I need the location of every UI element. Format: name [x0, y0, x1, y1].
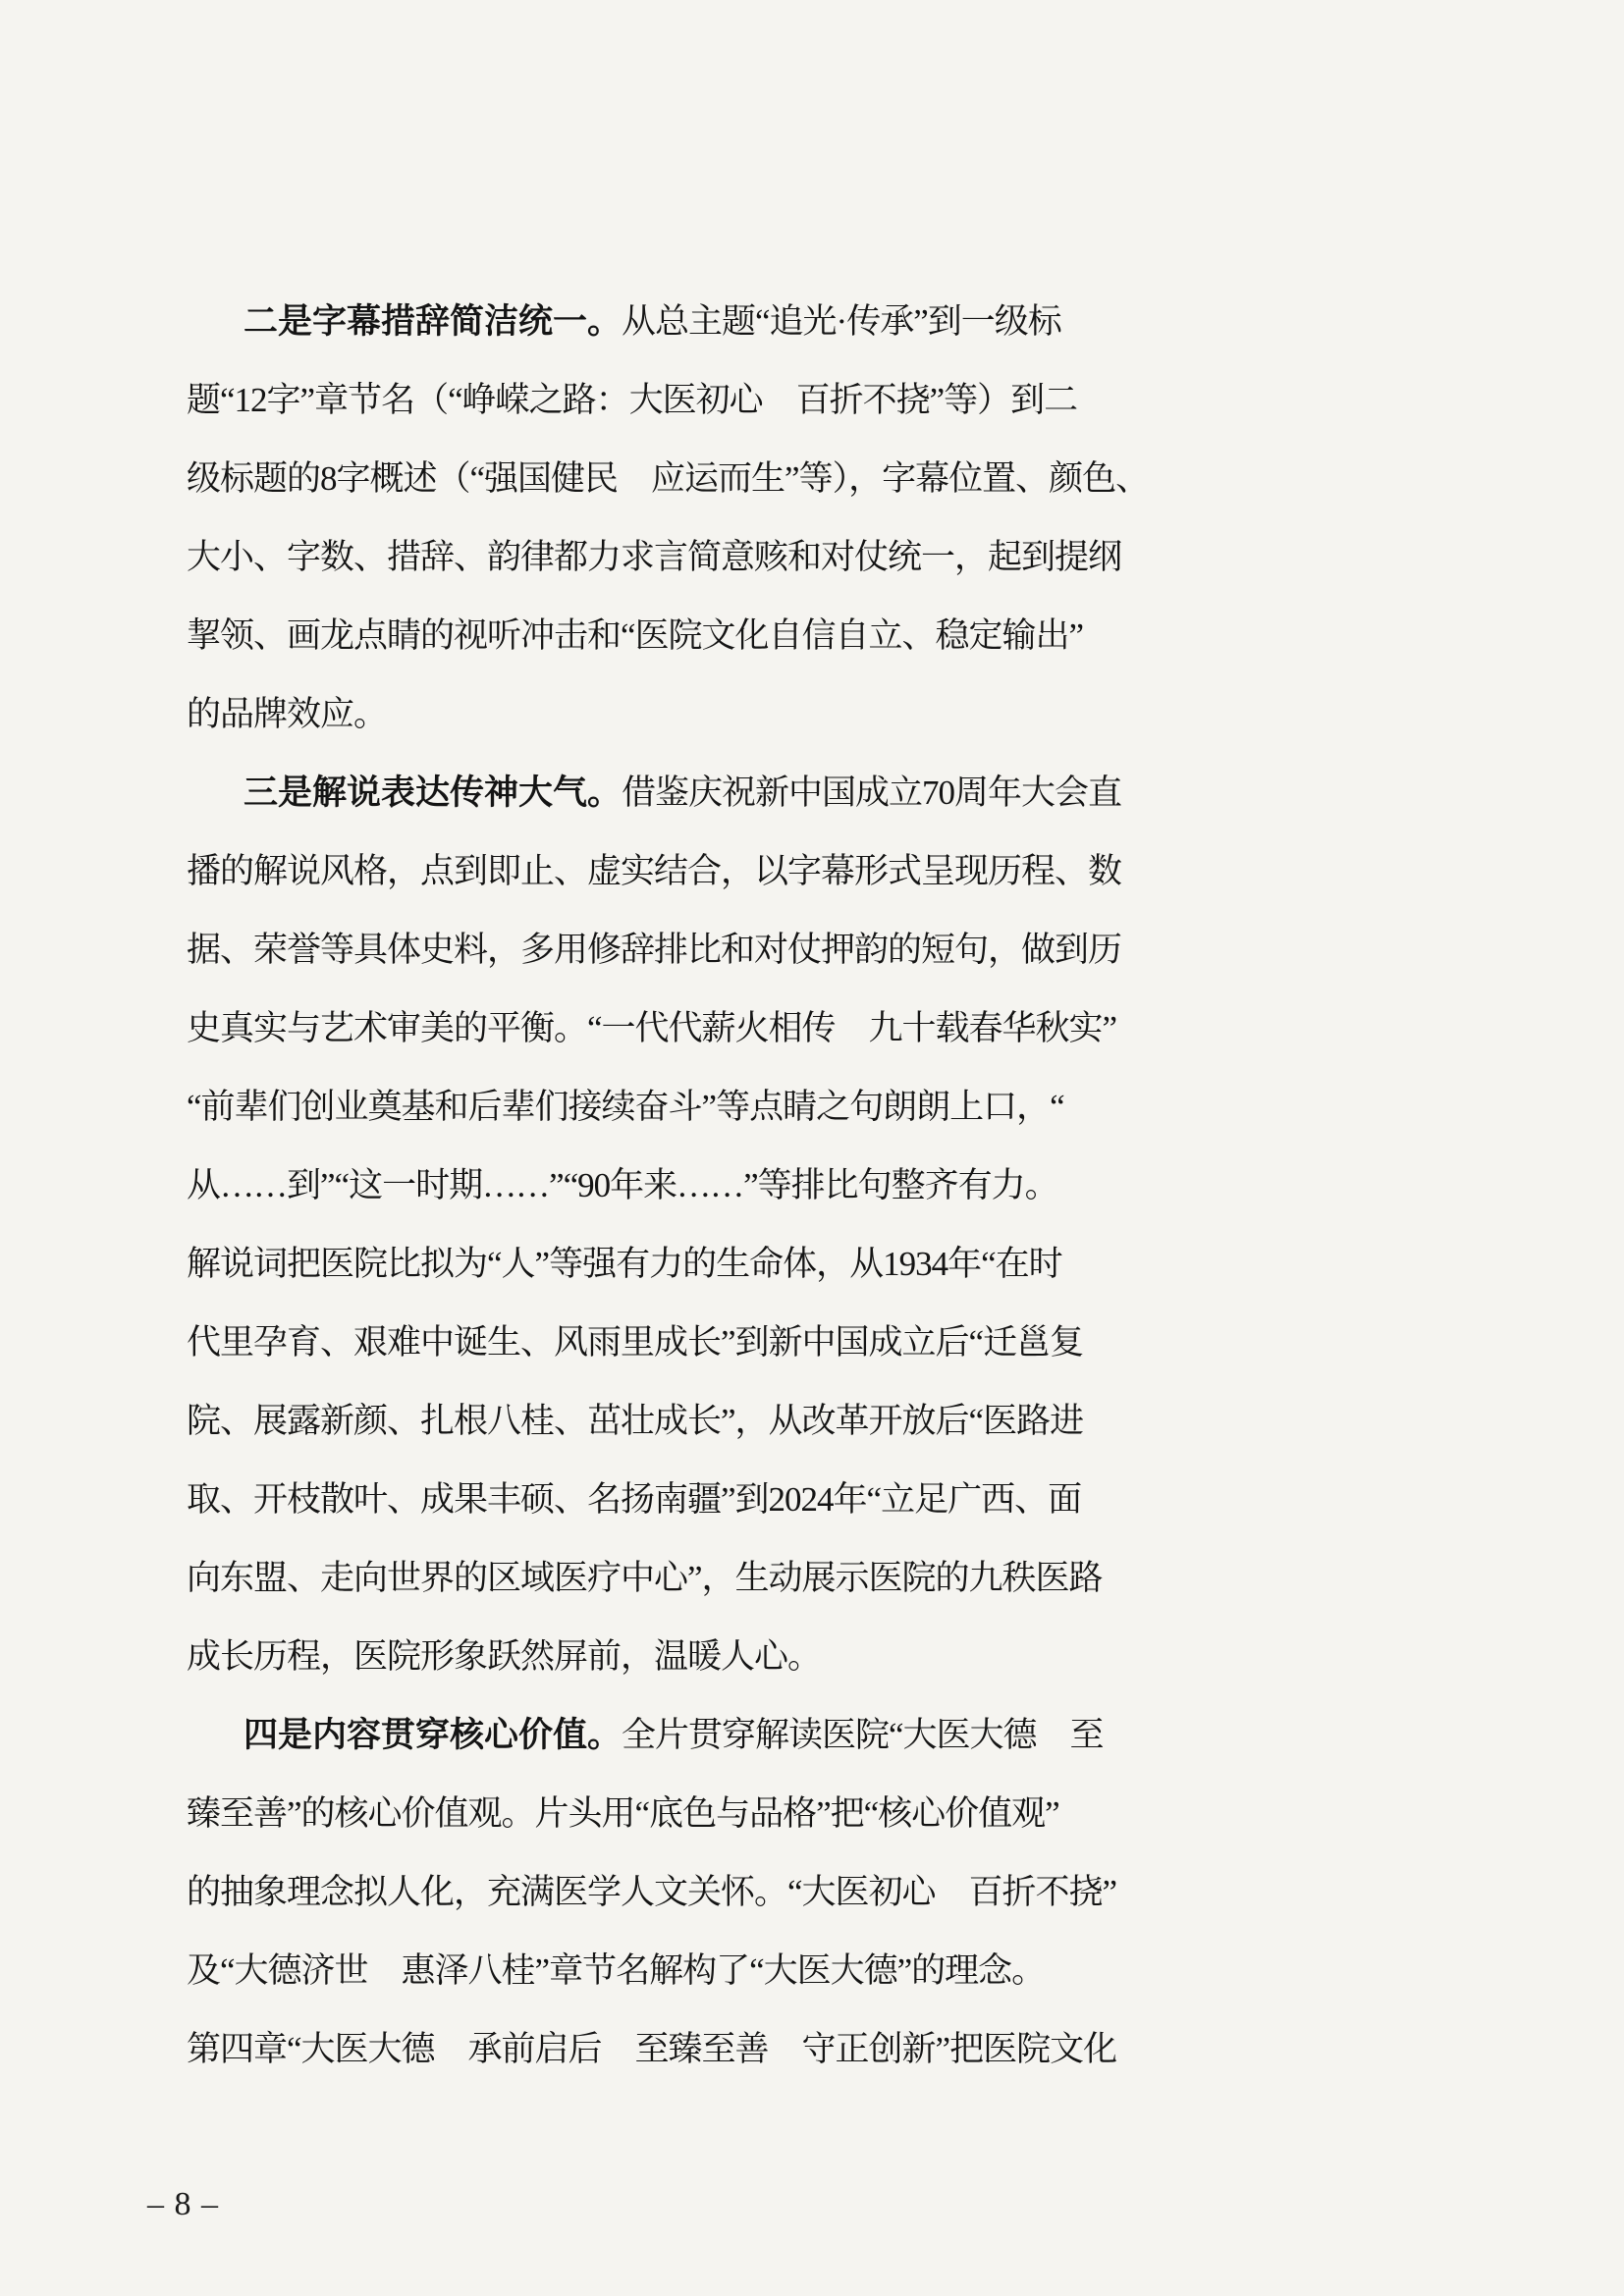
text-line: 代里孕育、艰难中诞生、风雨里成长”到新中国成立后“迁邕复 [187, 1304, 1110, 1382]
text-line: 级标题的8字概述（“强国健民 应运而生”等），字幕位置、颜色、 [187, 440, 1110, 518]
text-line: 及“大德济世 惠泽八桂”章节名解构了“大医大德”的理念。 [187, 1932, 1110, 2010]
text-line: 的抽象理念拟人化，充满医学人文关怀。“大医初心 百折不挠” [187, 1853, 1110, 1932]
text-line: 的品牌效应。 [187, 675, 1110, 754]
text-line: 史真实与艺术审美的平衡。“一代代薪火相传 九十载春华秋实” [187, 989, 1110, 1068]
text-line: 挈领、画龙点睛的视听冲击和“医院文化自信自立、稳定输出” [187, 597, 1110, 675]
text-line: 第四章“大医大德 承前启后 至臻至善 守正创新”把医院文化 [187, 2010, 1110, 2089]
paragraph-lead: 二是字幕措辞简洁统一。 [244, 302, 622, 341]
paragraph-lead: 三是解说表达传神大气。 [244, 774, 622, 812]
text-line: 题“12字”章节名（“峥嵘之路：大医初心 百折不挠”等）到二 [187, 361, 1110, 440]
text-line: 臻至善”的核心价值观。片头用“底色与品格”把“核心价值观” [187, 1775, 1110, 1853]
text-line: 三是解说表达传神大气。借鉴庆祝新中国成立70周年大会直 [187, 754, 1110, 832]
paragraph-first-line-text: 全片贯穿解读医院“大医大德 至 [622, 1716, 1104, 1754]
paragraph-first-line-text: 借鉴庆祝新中国成立70周年大会直 [622, 774, 1121, 812]
page: 二是字幕措辞简洁统一。从总主题“追光·传承”到一级标题“12字”章节名（“峥嵘之… [0, 0, 1624, 2296]
text-line: 从……到”“这一时期……”“90年来……”等排比句整齐有力。 [187, 1147, 1110, 1225]
paragraph-lead: 四是内容贯穿核心价值。 [244, 1716, 622, 1754]
text-line: 取、开枝散叶、成果丰硕、名扬南疆”到2024年“立足广西、面 [187, 1461, 1110, 1539]
text-line: 二是字幕措辞简洁统一。从总主题“追光·传承”到一级标 [187, 283, 1110, 361]
text-line: 四是内容贯穿核心价值。全片贯穿解读医院“大医大德 至 [187, 1696, 1110, 1775]
text-line: 据、荣誉等具体史料，多用修辞排比和对仗押韵的短句，做到历 [187, 911, 1110, 989]
paragraph: 三是解说表达传神大气。借鉴庆祝新中国成立70周年大会直播的解说风格，点到即止、虚… [187, 754, 1110, 1696]
document-body: 二是字幕措辞简洁统一。从总主题“追光·传承”到一级标题“12字”章节名（“峥嵘之… [187, 283, 1110, 2089]
text-line: 解说词把医院比拟为“人”等强有力的生命体，从1934年“在时 [187, 1225, 1110, 1304]
text-line: 播的解说风格，点到即止、虚实结合，以字幕形式呈现历程、数 [187, 832, 1110, 911]
text-line: 院、展露新颜、扎根八桂、茁壮成长”，从改革开放后“医路进 [187, 1382, 1110, 1461]
paragraph: 四是内容贯穿核心价值。全片贯穿解读医院“大医大德 至臻至善”的核心价值观。片头用… [187, 1696, 1110, 2089]
text-line: “前辈们创业奠基和后辈们接续奋斗”等点睛之句朗朗上口，“ [187, 1068, 1110, 1147]
footer-page-number: – 8 – [147, 2183, 219, 2226]
paragraph-first-line-text: 从总主题“追光·传承”到一级标 [622, 302, 1061, 341]
text-line: 大小、字数、措辞、韵律都力求言简意赅和对仗统一，起到提纲 [187, 518, 1110, 597]
text-line: 向东盟、走向世界的区域医疗中心”，生动展示医院的九秩医路 [187, 1539, 1110, 1618]
paragraph: 二是字幕措辞简洁统一。从总主题“追光·传承”到一级标题“12字”章节名（“峥嵘之… [187, 283, 1110, 754]
text-line: 成长历程，医院形象跃然屏前，温暖人心。 [187, 1618, 1110, 1696]
